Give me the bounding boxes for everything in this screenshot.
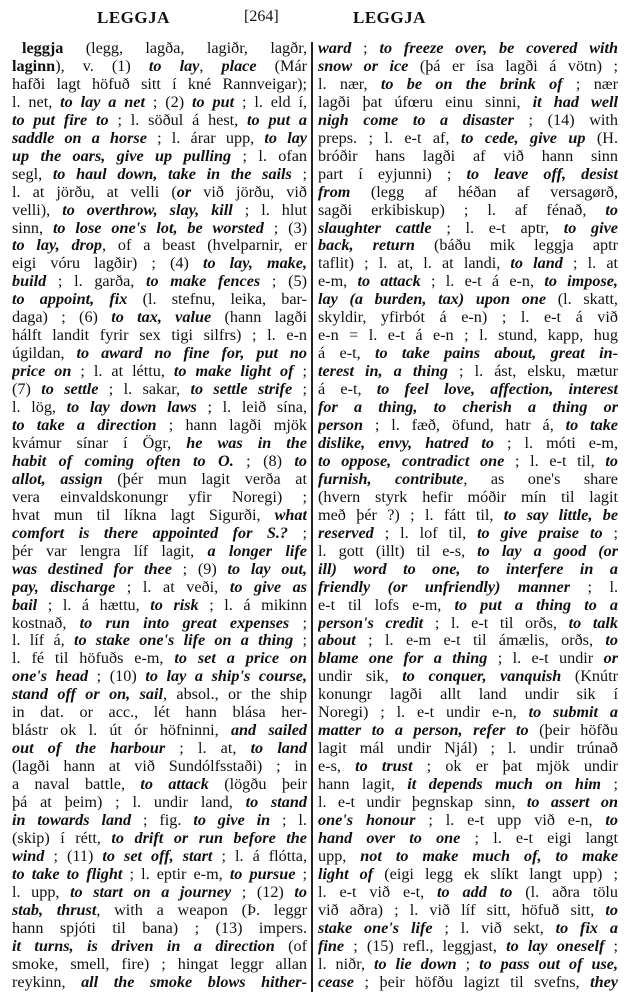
- text-run: ;: [292, 166, 307, 183]
- text-run: ; l. at: [563, 255, 618, 272]
- gloss-italic: to make light of: [174, 363, 294, 380]
- text-run: (7): [12, 381, 41, 398]
- text-run: l. at jörðu, at velli (: [12, 184, 177, 201]
- gloss-italic: saddle on a horse: [12, 130, 147, 147]
- text-line: þér var lengra líf lagit, a longer life: [12, 543, 307, 561]
- gloss-italic: to: [605, 812, 618, 829]
- text-line: l. gott (illt) til e-s, to lay a good (o…: [318, 543, 618, 561]
- gloss-italic: to impose,: [544, 273, 618, 290]
- gloss-italic: to land: [251, 740, 307, 757]
- text-run: l. lög,: [12, 399, 67, 416]
- text-line: person's credit ; l. e-t til orðs, to ta…: [318, 615, 618, 633]
- text-run: ;: [603, 525, 618, 542]
- text-run: , as one's share: [463, 471, 618, 488]
- text-run: ; l.: [570, 579, 618, 596]
- text-line: one's head ; (10) to lay a ship's course…: [12, 668, 307, 686]
- gloss-italic: to haul down, take in the sails: [53, 166, 292, 183]
- gloss-italic: to land: [510, 255, 562, 272]
- gloss-italic: to lay a ship's course,: [145, 668, 307, 685]
- text-run: ; l. e-t upp við e-n,: [415, 812, 605, 829]
- gloss-italic: to run into great expenses: [80, 615, 290, 632]
- gloss-italic: to appoint, fix: [12, 291, 127, 308]
- gloss-italic: to: [605, 202, 618, 219]
- gloss-italic: to start on a journey: [70, 884, 231, 901]
- gloss-italic: for a thing, to cherish a thing or: [318, 399, 618, 416]
- text-line: cease ; þeir höfðu lagizt til svefns, th…: [318, 974, 618, 992]
- gloss-italic: to tax, value: [111, 309, 211, 326]
- text-line: við aðra) ; l. við líf sitt, höfuð sitt,…: [318, 902, 618, 920]
- text-run: ; l. e-t aptr,: [432, 220, 564, 237]
- gloss-italic: to settle strife: [190, 381, 292, 398]
- gloss-italic: to talk: [569, 615, 618, 632]
- text-line: blame one for a thing ; l. e-t undir or: [318, 650, 618, 668]
- text-run: ; (15) refl., leggjast,: [344, 938, 506, 955]
- gloss-italic: to give in: [193, 812, 270, 829]
- text-run: þér var lengra líf lagit,: [12, 543, 208, 560]
- text-line: to oppose, contradict one ; l. e-t til, …: [318, 453, 618, 471]
- text-run: blástr ok l. út ór höfninni,: [12, 722, 231, 739]
- text-line: habit of coming often to O. ; (8) to: [12, 453, 307, 471]
- text-run: (þér mun lagit verða at: [103, 471, 307, 488]
- text-run: ; l. sakar,: [98, 381, 190, 398]
- gloss-italic: to lay a net: [60, 94, 145, 111]
- text-run: ; (11): [44, 848, 102, 865]
- gloss-italic: it had well: [533, 94, 618, 111]
- text-run: ; (3): [264, 220, 307, 237]
- gloss-italic: what: [275, 507, 307, 524]
- gloss-italic: pay, discharge: [12, 579, 115, 596]
- text-line: hand over to one ; l. e-t eigi langt: [318, 830, 618, 848]
- text-run: lagit mál undir Njál) ; l. undir trúnað: [318, 740, 618, 757]
- gloss-italic: stake one's life: [318, 920, 433, 937]
- text-line: (7) to settle ; l. sakar, to settle stri…: [12, 381, 307, 399]
- gloss-italic: to say little, be: [504, 507, 618, 524]
- gloss-italic: about: [318, 632, 356, 649]
- gloss-italic: to lay a good (or: [477, 543, 618, 560]
- gloss-italic: to put a: [247, 112, 307, 129]
- text-line: preps. ; l. e-t af, to cede, give up (H.: [318, 130, 618, 148]
- gloss-italic: to: [605, 453, 618, 470]
- text-run: sagði erkibiskup) ; l. af fénað,: [318, 202, 605, 219]
- text-run: úgildan,: [12, 345, 77, 362]
- text-line: from (legg af héðan af versagørð,: [318, 184, 618, 202]
- text-line: to appoint, fix (l. stefnu, leika, bar-: [12, 291, 307, 309]
- text-run: (hvern styrk hefir móðir mín til lagit: [318, 489, 618, 506]
- gloss-italic: or: [177, 184, 191, 201]
- right-column: ward ; to freeze over, be covered withsn…: [318, 40, 618, 992]
- gloss-italic: to put a thing to a: [454, 597, 618, 614]
- gloss-italic: to pursue: [230, 866, 296, 883]
- text-run: við aðra) ; l. við líf sitt, höfuð sitt,: [318, 902, 605, 919]
- text-line: friendly (or unfriendly) manner ; l.: [318, 579, 618, 597]
- text-line: (skip) í rétt, to drift or run before th…: [12, 830, 307, 848]
- text-run: ; þeir höfðu lagizt til svefns,: [354, 974, 590, 991]
- gloss-italic: fine: [318, 938, 344, 955]
- gloss-italic: cease: [318, 974, 354, 991]
- gloss-italic: to add to: [437, 884, 512, 901]
- text-run: in dat. or acc., lét hann blása her-: [12, 704, 307, 721]
- gloss-italic: to: [294, 884, 307, 901]
- text-run: bróðir hans lagði af við hann sinn: [318, 148, 618, 165]
- gloss-italic: to: [605, 902, 618, 919]
- text-run: e-s,: [318, 758, 355, 775]
- text-line: out of the harbour ; l. at, to land: [12, 740, 307, 758]
- text-line: fine ; (15) refl., leggjast, to lay ones…: [318, 938, 618, 956]
- text-run: , absol., or the ship: [163, 686, 307, 703]
- text-line: furnish, contribute, as one's share: [318, 471, 618, 489]
- text-run: ; nær: [563, 76, 618, 93]
- text-run: l. e-t undir þegnskap sinn,: [318, 794, 527, 811]
- text-line: (lagði hann at við Sundólfsstaði) ; in: [12, 758, 307, 776]
- gloss-italic: one's head: [12, 668, 88, 685]
- text-line: in towards land ; fig. to give in ; l.: [12, 812, 307, 830]
- text-line: ill) word to one, to interfere in a: [318, 561, 618, 579]
- text-run: (Már: [257, 58, 307, 75]
- text-line: e-n = l. e-t á e-n ; l. stund, kapp, hug: [318, 327, 618, 345]
- text-run: ; l. at léttu,: [71, 363, 174, 380]
- text-run: á e-t,: [318, 381, 377, 398]
- text-line: pay, discharge ; l. at veði, to give as: [12, 579, 307, 597]
- gloss-italic: he was in the: [186, 435, 307, 452]
- left-column: leggja (legg, lagða, lagiðr, lagðr,lagin…: [12, 40, 307, 992]
- gloss-italic: it turns, is driven in a direction: [12, 938, 275, 955]
- gloss-italic: ill) word to one, to interfere in a: [318, 561, 618, 578]
- gloss-italic: in towards land: [12, 812, 131, 829]
- gloss-italic: ward: [318, 40, 351, 57]
- text-line: back, return (báðu mik leggja aptr: [318, 237, 618, 255]
- text-run: l. niðr,: [318, 956, 374, 973]
- text-line: stab, thrust, with a weapon (Þ. leggr: [12, 902, 307, 920]
- gloss-italic: to lay: [264, 130, 307, 147]
- text-run: part í eyjunni) ;: [318, 166, 466, 183]
- text-run: l. líf á,: [12, 632, 74, 649]
- gloss-italic: friendly (or unfriendly) manner: [318, 579, 570, 596]
- text-line: hann spjóti til bana) ; (13) impers.: [12, 920, 307, 938]
- text-run: ; l. at,: [165, 740, 250, 757]
- text-run: á e-t,: [318, 345, 375, 362]
- text-run: hafði lagt höfuð sitt í kné Rannveigar);: [12, 76, 307, 93]
- gloss-italic: to feel love, affection, interest: [377, 381, 618, 398]
- text-line: nigh come to a disaster ; (14) with: [318, 112, 618, 130]
- text-run: preps. ; l. e-t af,: [318, 130, 461, 147]
- text-line: terest in, a thing ; l. ást, elsku, mætu…: [318, 363, 618, 381]
- gloss-italic: bail: [12, 597, 37, 614]
- text-run: (þeir höfðu: [529, 722, 618, 739]
- text-line: kvámur sínar í Ögr, he was in the: [12, 435, 307, 453]
- text-run: ; (9): [172, 561, 228, 578]
- gloss-italic: build: [12, 273, 46, 290]
- text-line: in dat. or acc., lét hann blása her-: [12, 704, 307, 722]
- gloss-italic: they: [590, 974, 618, 991]
- text-line: smoke, smell, fire) ; hingat leggr allan: [12, 956, 307, 974]
- gloss-italic: dislike, envy, hatred to: [318, 435, 494, 452]
- text-run: l. fé til höfuðs e-m,: [12, 650, 174, 667]
- gloss-italic: to settle: [41, 381, 98, 398]
- text-run: ,: [199, 58, 221, 75]
- gloss-italic: back, return: [318, 237, 415, 254]
- text-run: ; l. e-t á e-n,: [421, 273, 545, 290]
- text-line: to lay, drop, of a beast (hvelparnir, er: [12, 237, 307, 255]
- text-line: price on ; l. at léttu, to make light of…: [12, 363, 307, 381]
- gloss-italic: to lay, make,: [203, 255, 307, 272]
- gloss-italic: light of: [318, 866, 373, 883]
- text-line: snow or ice (þá er ísa lagði á vötn) ;: [318, 58, 618, 76]
- gloss-italic: to put: [192, 94, 234, 111]
- text-line: stand off or on, sail, absol., or the sh…: [12, 686, 307, 704]
- gloss-italic: furnish, contribute: [318, 471, 463, 488]
- page-number: [264]: [244, 8, 279, 26]
- gloss-italic: reserved: [318, 525, 374, 542]
- text-run: ;: [351, 40, 379, 57]
- text-run: e-n = l. e-t á e-n ; l. stund, kapp, hug: [318, 327, 618, 344]
- text-line: e-s, to trust ; ok er þat mjök undir: [318, 758, 618, 776]
- text-run: segl,: [12, 166, 53, 183]
- text-run: ;: [601, 776, 618, 793]
- text-line: vera einvaldskonungr yfir Noregi) ;: [12, 489, 307, 507]
- text-line: e-m, to attack ; l. e-t á e-n, to impose…: [318, 273, 618, 291]
- text-line: sagði erkibiskup) ; l. af fénað, to: [318, 202, 618, 220]
- gloss-italic: snow or ice: [318, 58, 408, 75]
- text-line: to take to flight ; l. eptir e-m, to pur…: [12, 866, 307, 884]
- gloss-italic: to fix a: [556, 920, 618, 937]
- text-run: (of: [275, 938, 307, 955]
- text-run: ; l. við sekt,: [433, 920, 556, 937]
- text-run: ; l. móti e-m,: [494, 435, 618, 452]
- text-line: to put fire to ; l. söðul á hest, to put…: [12, 112, 307, 130]
- gloss-italic: it depends much on him: [407, 776, 601, 793]
- gloss-italic: to give: [564, 220, 618, 237]
- text-line: to take a direction ; hann lagði mjök: [12, 417, 307, 435]
- text-line: l. lög, to lay down laws ; l. leið sína,: [12, 399, 307, 417]
- text-run: kvámur sínar í Ögr,: [12, 435, 186, 452]
- text-line: a naval battle, to attack (lögðu þeir: [12, 776, 307, 794]
- gloss-italic: to cede, give up: [461, 130, 586, 147]
- left-running-headword: LEGGJA: [97, 8, 170, 28]
- text-run: ;: [294, 363, 307, 380]
- text-line: hvat mun til líkna lagt Sigurði, what: [12, 507, 307, 525]
- text-run: ; l. á hættu,: [37, 597, 150, 614]
- gloss-italic: stand off or on, sail: [12, 686, 163, 703]
- text-line: l. nær, to be on the brink of ; nær: [318, 76, 618, 94]
- text-run: l. nær,: [318, 76, 381, 93]
- text-line: taflit) ; l. at, l. at landi, to land ; …: [318, 255, 618, 273]
- text-line: person ; l. fæð, öfund, hatr á, to take: [318, 417, 618, 435]
- text-run: ; (2): [145, 94, 192, 111]
- gloss-italic: stab, thrust: [12, 902, 96, 919]
- text-run: (lögðu þeir: [209, 776, 307, 793]
- text-run: ; l. garða,: [46, 273, 146, 290]
- gloss-italic: to leave off, desist: [466, 166, 618, 183]
- text-run: (eigi legg ek slíkt langt upp) ;: [373, 866, 618, 883]
- text-line: Noregi) ; l. e-t undir e-n, to submit a: [318, 704, 618, 722]
- gloss-italic: to lose one's lot, be worsted: [53, 220, 264, 237]
- column-rule: [311, 42, 313, 992]
- text-run: (H.: [585, 130, 618, 147]
- gloss-italic: up the oars, give up pulling: [12, 148, 231, 165]
- gloss-italic: person: [318, 417, 363, 434]
- gloss-italic: to give as: [230, 579, 307, 596]
- text-run: ; l. ást, elsku, mætur: [448, 363, 618, 380]
- text-line: velli), to overthrow, slay, kill ; l. hl…: [12, 202, 307, 220]
- text-line: l. upp, to start on a journey ; (12) to: [12, 884, 307, 902]
- text-run: vera einvaldskonungr yfir Noregi) ;: [12, 489, 307, 506]
- gloss-italic: to lie down: [374, 956, 457, 973]
- text-line: part í eyjunni) ; to leave off, desist: [318, 166, 618, 184]
- text-run: ; l. söðul á hest,: [109, 112, 247, 129]
- gloss-italic: to pass out of use,: [479, 956, 618, 973]
- text-line: segl, to haul down, take in the sails ;: [12, 166, 307, 184]
- gloss-italic: habit of coming often to O.: [12, 453, 234, 470]
- text-line: e-t til lofs e-m, to put a thing to a: [318, 597, 618, 615]
- text-line: kostnað, to run into great expenses ;: [12, 615, 307, 633]
- gloss-italic: out of the harbour: [12, 740, 165, 757]
- text-run: kostnað,: [12, 615, 80, 632]
- gloss-italic: to take: [566, 417, 618, 434]
- text-line: blástr ok l. út ór höfninni, and sailed: [12, 722, 307, 740]
- text-line: build ; l. garða, to make fences ; (5): [12, 273, 307, 291]
- text-run: ; l. e-t til orðs,: [423, 615, 568, 632]
- text-line: l. net, to lay a net ; (2) to put ; l. e…: [12, 94, 307, 112]
- text-run: ; l. lof til,: [374, 525, 477, 542]
- gloss-italic: all the smoke blows hither-: [81, 974, 307, 991]
- gloss-italic: to submit a: [529, 704, 618, 721]
- text-run: ; (5): [260, 273, 307, 290]
- text-run: ; l. ofan: [231, 148, 307, 165]
- text-run: l. net,: [12, 94, 60, 111]
- text-run: lagði þat úfœru einu sinni,: [318, 94, 533, 111]
- text-line: þá at þeim) ; l. undir land, to stand: [12, 794, 307, 812]
- gloss-italic: to conquer, vanquish: [402, 668, 561, 685]
- text-run: l. e-t við e-t,: [318, 884, 437, 901]
- gloss-italic: to take to flight: [12, 866, 122, 883]
- text-line: sinn, to lose one's lot, be worsted ; (3…: [12, 220, 307, 238]
- headword-bold: laginn: [12, 58, 55, 75]
- gloss-italic: to lay: [149, 58, 199, 75]
- gloss-italic: lay (a burden, tax) upon one: [318, 291, 546, 308]
- text-run: taflit) ; l. at, l. at landi,: [318, 255, 510, 272]
- text-run: (l. skatt,: [546, 291, 618, 308]
- gloss-italic: to risk: [150, 597, 198, 614]
- text-line: skyldir, yfirbót á e-n) ; l. e-t á við: [318, 309, 618, 327]
- text-run: l. gott (illt) til e-s,: [318, 543, 477, 560]
- text-run: (báðu mik leggja aptr: [415, 237, 618, 254]
- gloss-italic: to stand: [246, 794, 307, 811]
- gloss-italic: to attack: [140, 776, 208, 793]
- text-run: með þér ?) ; l. fátt til,: [318, 507, 504, 524]
- text-run: , of a beast (hvelparnir, er: [102, 237, 307, 254]
- text-line: undir sik, to conquer, vanquish (Knútr: [318, 668, 618, 686]
- text-run: sinn,: [12, 220, 53, 237]
- text-run: hálft landit fyrir sex tigi silfrs) ; l.…: [12, 327, 307, 344]
- text-run: eigi vóru lagðir) ; (4): [12, 255, 203, 272]
- gloss-italic: to drift or run before the: [111, 830, 307, 847]
- text-line: l. e-t við e-t, to add to (l. aðra tölu: [318, 884, 618, 902]
- text-run: undir sik,: [318, 668, 402, 685]
- text-line: ward ; to freeze over, be covered with: [318, 40, 618, 58]
- text-run: ;: [457, 956, 479, 973]
- gloss-italic: to oppose, contradict one: [318, 453, 504, 470]
- right-running-headword: LEGGJA: [353, 8, 426, 28]
- text-run: ;: [292, 381, 307, 398]
- gloss-italic: hand over to one: [318, 830, 460, 847]
- gloss-italic: from: [318, 184, 350, 201]
- text-line: allot, assign (þér mun lagit verða at: [12, 471, 307, 489]
- text-line: wind ; (11) to set off, start ; l. á fló…: [12, 848, 307, 866]
- text-line: about ; l. e-m e-t til ámælis, orðs, to: [318, 632, 618, 650]
- text-line: l. at jörðu, at velli (or við jörðu, við: [12, 184, 307, 202]
- gloss-italic: to overthrow, slay, kill: [62, 202, 233, 219]
- text-line: upp, not to make much of, to make: [318, 848, 618, 866]
- gloss-italic: was destined for thee: [12, 561, 172, 578]
- text-line: hann lagit, it depends much on him ;: [318, 776, 618, 794]
- text-run: (þá er ísa lagði á vötn) ;: [408, 58, 618, 75]
- text-run: ; fig.: [131, 812, 193, 829]
- text-line: up the oars, give up pulling ; l. ofan: [12, 148, 307, 166]
- gloss-italic: to award no fine for, put no: [77, 345, 307, 362]
- text-line: reykinn, all the smoke blows hither-: [12, 974, 307, 992]
- text-run: ; l. e-t til,: [504, 453, 605, 470]
- gloss-italic: nigh come to a disaster: [318, 112, 514, 129]
- text-line: leggja (legg, lagða, lagiðr, lagðr,: [12, 40, 307, 58]
- gloss-italic: to lay out,: [228, 561, 307, 578]
- text-run: ; (8): [234, 453, 295, 470]
- text-run: ; l. fæð, öfund, hatr á,: [363, 417, 566, 434]
- text-line: slaughter cattle ; l. e-t aptr, to give: [318, 220, 618, 238]
- text-run: ; (10): [88, 668, 145, 685]
- text-run: ; l. á mikinn: [199, 597, 307, 614]
- text-run: a naval battle,: [12, 776, 140, 793]
- text-run: , with a weapon (Þ. leggr: [96, 902, 307, 919]
- text-run: upp,: [318, 848, 360, 865]
- gloss-italic: a longer life: [208, 543, 307, 560]
- text-run: ; hann lagði mjök: [157, 417, 307, 434]
- gloss-italic: to trust: [355, 758, 412, 775]
- gloss-italic: to assert on: [527, 794, 618, 811]
- text-run: (l. stefnu, leika, bar-: [127, 291, 307, 308]
- text-run: þá at þeim) ; l. undir land,: [12, 794, 246, 811]
- text-run: ; l. e-t eigi langt: [460, 830, 618, 847]
- gloss-italic: allot, assign: [12, 471, 103, 488]
- text-run: (l. aðra tölu: [512, 884, 618, 901]
- text-line: l. líf á, to stake one's life on a thing…: [12, 632, 307, 650]
- text-line: hálft landit fyrir sex tigi silfrs) ; l.…: [12, 327, 307, 345]
- gloss-italic: terest in, a thing: [318, 363, 448, 380]
- text-line: daga) ; (6) to tax, value (hann lagði: [12, 309, 307, 327]
- gloss-italic: slaughter cattle: [318, 220, 432, 237]
- text-run: e-t til lofs e-m,: [318, 597, 454, 614]
- gloss-italic: to: [605, 632, 618, 649]
- text-line: matter to a person, refer to (þeir höfðu: [318, 722, 618, 740]
- text-run: ;: [288, 525, 307, 542]
- text-run: ; l. árar upp,: [147, 130, 265, 147]
- gloss-italic: price on: [12, 363, 71, 380]
- text-run: ; ok er þat mjök undir: [412, 758, 618, 775]
- text-run: hvat mun til líkna lagt Sigurði,: [12, 507, 275, 524]
- text-run: ; (12): [231, 884, 294, 901]
- text-line: it turns, is driven in a direction (of: [12, 938, 307, 956]
- text-line: á e-t, to feel love, affection, interest: [318, 381, 618, 399]
- gloss-italic: blame one for a thing: [318, 650, 487, 667]
- text-run: ; l. eptir e-m,: [122, 866, 229, 883]
- gloss-italic: to stake one's life on a thing: [74, 632, 293, 649]
- text-run: Noregi) ; l. e-t undir e-n,: [318, 704, 529, 721]
- text-run: ; (14) with: [514, 112, 618, 129]
- text-line: (hvern styrk hefir móðir mín til lagit: [318, 489, 618, 507]
- text-run: ; l. leið sína,: [197, 399, 307, 416]
- text-line: was destined for thee ; (9) to lay out,: [12, 561, 307, 579]
- gloss-italic: person's credit: [318, 615, 423, 632]
- text-run: við jörðu, við: [191, 184, 307, 201]
